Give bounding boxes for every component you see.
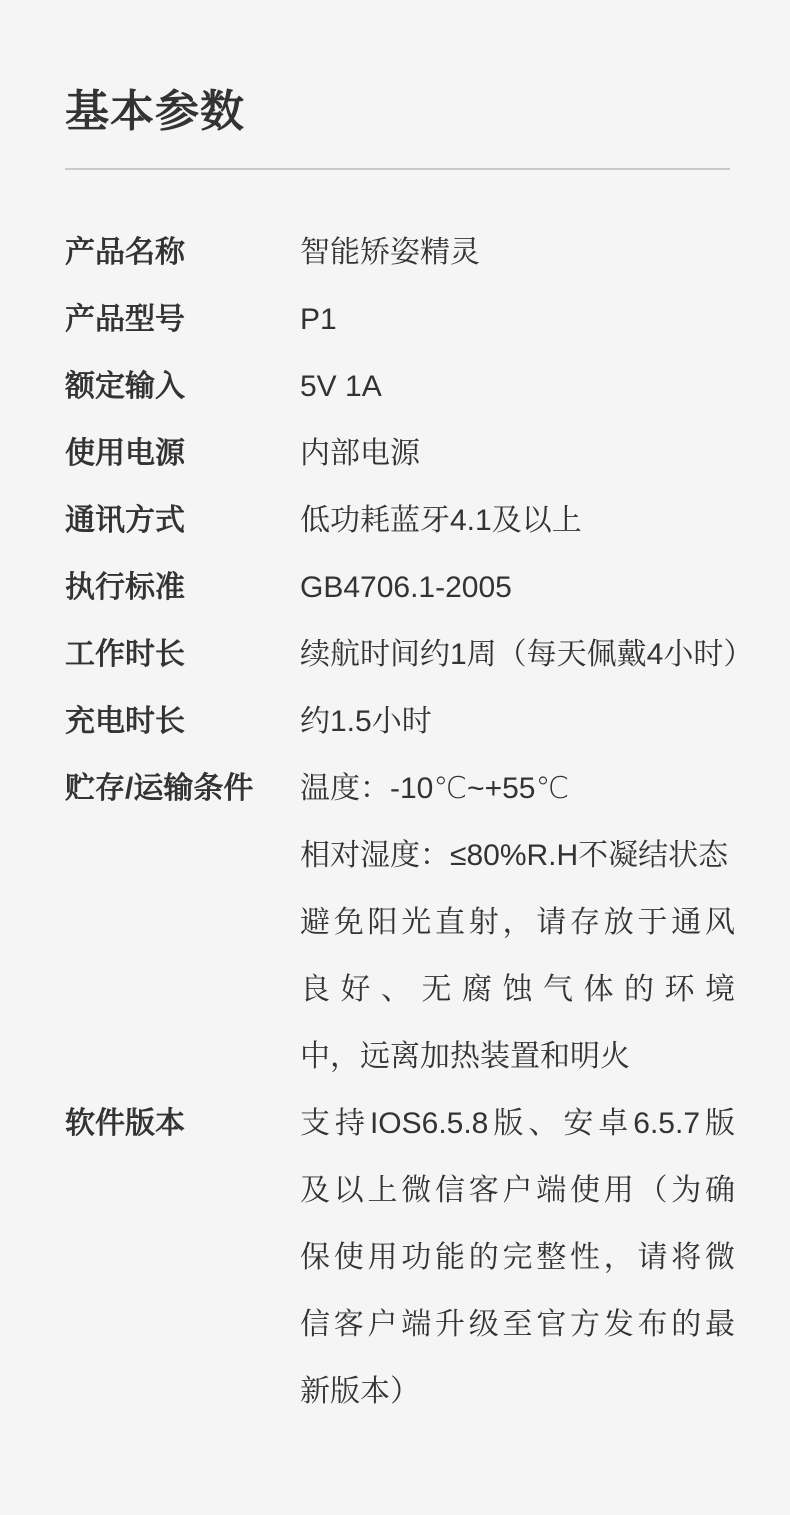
spec-value: GB4706.1-2005 <box>300 554 735 621</box>
product-spec-page: 基本参数 产品名称智能矫姿精灵产品型号P1额定输入5V 1A使用电源内部电源通讯… <box>0 0 790 1515</box>
spec-row: 充电时长约1.5小时 <box>65 688 735 755</box>
spec-value-line: 避免阳光直射，请存放于通风 <box>300 889 735 956</box>
spec-label: 使用电源 <box>65 420 300 487</box>
spec-value: 续航时间约1周（每天佩戴4小时） <box>300 621 735 688</box>
spec-value-line: 续航时间约1周（每天佩戴4小时） <box>300 621 735 688</box>
spec-value: 内部电源 <box>300 420 735 487</box>
spec-row: 产品型号P1 <box>65 286 735 353</box>
spec-label: 通讯方式 <box>65 487 300 554</box>
spec-row: 使用电源内部电源 <box>65 420 735 487</box>
spec-value-line: 良好、无腐蚀气体的环境 <box>300 956 735 1023</box>
spec-value: 5V 1A <box>300 353 735 420</box>
spec-value: 智能矫姿精灵 <box>300 219 735 286</box>
spec-row: 工作时长续航时间约1周（每天佩戴4小时） <box>65 621 735 688</box>
spec-row: 产品名称智能矫姿精灵 <box>65 219 735 286</box>
spec-value-line: 保使用功能的完整性，请将微 <box>300 1224 735 1291</box>
spec-row: 贮存/运输条件温度：-10℃~+55℃相对湿度：≤80%R.H不凝结状态避免阳光… <box>65 755 735 1090</box>
spec-label: 工作时长 <box>65 621 300 688</box>
spec-value: 温度：-10℃~+55℃相对湿度：≤80%R.H不凝结状态避免阳光直射，请存放于… <box>300 755 735 1090</box>
spec-label: 产品名称 <box>65 219 300 286</box>
spec-value-line: 低功耗蓝牙4.1及以上 <box>300 487 735 554</box>
section-title: 基本参数 <box>65 89 735 135</box>
spec-value-line: 支持IOS6.5.8版、安卓6.5.7版 <box>300 1090 735 1157</box>
spec-value-line: 约1.5小时 <box>300 688 735 755</box>
title-divider <box>65 168 730 170</box>
spec-value-line: 及以上微信客户端使用（为确 <box>300 1157 735 1224</box>
spec-row: 执行标准GB4706.1-2005 <box>65 554 735 621</box>
spec-value: 约1.5小时 <box>300 688 735 755</box>
spec-value-line: 新版本） <box>300 1358 735 1425</box>
spec-label: 贮存/运输条件 <box>65 755 300 822</box>
spec-value-line: 中，远离加热装置和明火 <box>300 1023 735 1090</box>
spec-value-line: 智能矫姿精灵 <box>300 219 735 286</box>
spec-label: 软件版本 <box>65 1090 300 1157</box>
spec-row: 额定输入5V 1A <box>65 353 735 420</box>
spec-value-line: P1 <box>300 286 735 353</box>
spec-value-line: 内部电源 <box>300 420 735 487</box>
spec-value: P1 <box>300 286 735 353</box>
spec-value-line: GB4706.1-2005 <box>300 554 735 621</box>
spec-value: 支持IOS6.5.8版、安卓6.5.7版及以上微信客户端使用（为确保使用功能的完… <box>300 1090 735 1425</box>
spec-label: 额定输入 <box>65 353 300 420</box>
spec-label: 执行标准 <box>65 554 300 621</box>
spec-value-line: 温度：-10℃~+55℃ <box>300 755 735 822</box>
spec-value-line: 5V 1A <box>300 353 735 420</box>
spec-label: 充电时长 <box>65 688 300 755</box>
spec-label: 产品型号 <box>65 286 300 353</box>
spec-value-line: 相对湿度：≤80%R.H不凝结状态 <box>300 822 735 889</box>
spec-value: 低功耗蓝牙4.1及以上 <box>300 487 735 554</box>
spec-row: 软件版本支持IOS6.5.8版、安卓6.5.7版及以上微信客户端使用（为确保使用… <box>65 1090 735 1425</box>
spec-value-line: 信客户端升级至官方发布的最 <box>300 1291 735 1358</box>
spec-table: 产品名称智能矫姿精灵产品型号P1额定输入5V 1A使用电源内部电源通讯方式低功耗… <box>65 219 735 1425</box>
spec-row: 通讯方式低功耗蓝牙4.1及以上 <box>65 487 735 554</box>
